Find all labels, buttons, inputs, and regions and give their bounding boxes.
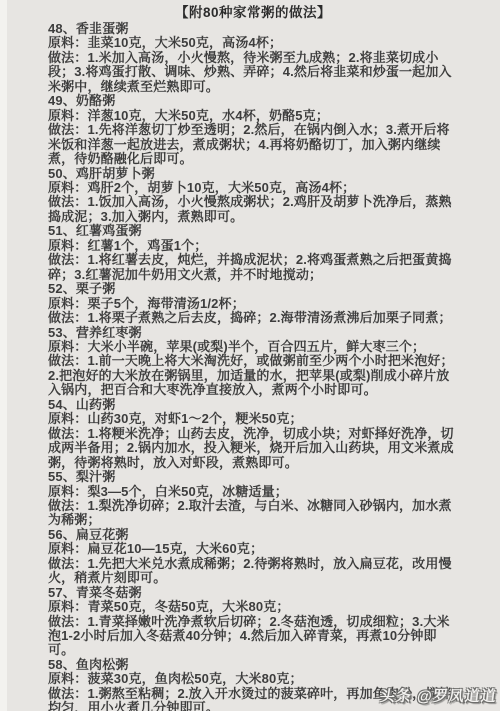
recipe-method: 做法：1.将红薯去皮，炖烂，并捣成泥状；2.将鸡蛋煮熟之后把蛋黄捣碎；3.红薯泥… <box>48 253 458 282</box>
recipe-method: 做法：1.米加入高汤，小火慢熬，待米粥至九成熟；2.将韭菜切成小段；3.将鸡蛋打… <box>48 51 458 94</box>
recipe-name: 55、梨汁粥 <box>48 470 458 484</box>
recipe-method: 做法：1.梨洗净切碎；2.取汁去渣，与白米、冰糖同入砂锅内，加水煮为稀粥； <box>48 499 458 528</box>
recipe-item-51: 51、红薯鸡蛋粥 原料：红薯1个，鸡蛋1个； 做法：1.将红薯去皮，炖烂，并捣成… <box>48 224 458 282</box>
recipe-item-49: 49、奶酪粥 原料：洋葱10克，大米50克，水4杯，奶酪5克； 做法：1.先将洋… <box>48 94 458 166</box>
recipe-item-56: 56、扁豆花粥 原料：扁豆花10—15克，大米60克； 做法：1.先把大米兑水煮… <box>48 528 458 586</box>
recipe-method: 做法：1.将粳米洗净；山药去皮，洗净，切成小块；对虾择好洗净，切成两半备用；2.… <box>48 427 458 470</box>
recipe-item-54: 54、山药粥 原料：山药30克，对虾1～2个，粳米50克； 做法：1.将粳米洗净… <box>48 398 458 470</box>
recipe-name: 49、奶酪粥 <box>48 94 458 108</box>
recipe-name: 58、鱼肉松粥 <box>48 658 458 672</box>
recipe-ingredients: 原料：扁豆花10—15克，大米60克； <box>48 542 458 556</box>
recipe-method: 做法：1.先把大米兑水煮成稀粥；2.待粥将熟时，放入扁豆花，改用慢火，稍煮片刻即… <box>48 557 458 586</box>
page-title: 【附80种家常粥的做法】 <box>48 5 458 21</box>
recipe-name: 50、鸡肝胡萝卜粥 <box>48 167 458 181</box>
recipe-item-55: 55、梨汁粥 原料：梨3—5个，白米50克，冰糖适量； 做法：1.梨洗净切碎；2… <box>48 470 458 528</box>
recipe-ingredients: 原料：红薯1个，鸡蛋1个； <box>48 239 458 253</box>
recipe-name: 52、栗子粥 <box>48 282 458 296</box>
recipe-name: 48、香韭蛋粥 <box>48 22 458 36</box>
recipe-method: 做法：1.将栗子煮熟之后去皮，捣碎；2.海带清汤煮沸后加栗子同煮； <box>48 311 458 325</box>
recipe-method: 做法：1.前一天晚上将大米淘洗好，或做粥前至少两个小时把米泡好；2.把泡好的大米… <box>48 354 458 397</box>
recipe-item-53: 53、营养红枣粥 原料：大米小半碗，苹果(或梨)半个，百合四五片，鲜大枣三个； … <box>48 326 458 398</box>
recipe-ingredients: 原料：栗子5个，海带清汤1/2杯； <box>48 297 458 311</box>
recipe-item-48: 48、香韭蛋粥 原料：韭菜10克，大米50克，高汤4杯； 做法：1.米加入高汤，… <box>48 22 458 94</box>
recipe-item-52: 52、栗子粥 原料：栗子5个，海带清汤1/2杯； 做法：1.将栗子煮熟之后去皮，… <box>48 282 458 325</box>
recipe-ingredients: 原料：大米小半碗，苹果(或梨)半个，百合四五片，鲜大枣三个； <box>48 340 458 354</box>
recipe-method: 做法：1.青菜择嫩叶洗净煮软后切碎；2.冬菇泡透，切成细粒；3.大米泡1-2小时… <box>48 615 458 658</box>
recipe-ingredients: 原料：洋葱10克，大米50克，水4杯，奶酪5克； <box>48 109 458 123</box>
recipe-name: 57、青菜冬菇粥 <box>48 586 458 600</box>
toutiao-watermark: 头条 @罗凤道道 <box>379 685 498 706</box>
recipe-item-50: 50、鸡肝胡萝卜粥 原料：鸡肝2个，胡萝卜10克，大米50克，高汤4杯； 做法：… <box>48 167 458 225</box>
recipe-method: 做法：1.先将洋葱切丁炒至透明；2.然后，在锅内倒入水；3.煮开后将米饭和洋葱一… <box>48 123 458 166</box>
recipe-ingredients: 原料：山药30克，对虾1～2个，粳米50克； <box>48 412 458 426</box>
recipe-method: 做法：1.饭加入高汤，小火慢熬成粥状；2.鸡肝及胡萝卜洗净后，蒸熟捣成泥；3.加… <box>48 195 458 224</box>
recipe-ingredients: 原料：青菜50克，冬菇50克，大米80克； <box>48 600 458 614</box>
recipe-ingredients: 原料：韭菜10克，大米50克，高汤4杯； <box>48 36 458 50</box>
recipe-item-57: 57、青菜冬菇粥 原料：青菜50克，冬菇50克，大米80克； 做法：1.青菜择嫩… <box>48 586 458 658</box>
recipe-name: 54、山药粥 <box>48 398 458 412</box>
recipe-name: 53、营养红枣粥 <box>48 326 458 340</box>
recipe-ingredients: 原料：鸡肝2个，胡萝卜10克，大米50克，高汤4杯； <box>48 181 458 195</box>
recipe-name: 56、扁豆花粥 <box>48 528 458 542</box>
recipe-name: 51、红薯鸡蛋粥 <box>48 224 458 238</box>
recipe-ingredients: 原料：梨3—5个，白米50克，冰糖适量； <box>48 485 458 499</box>
recipe-document-page: 【附80种家常粥的做法】 48、香韭蛋粥 原料：韭菜10克，大米50克，高汤4杯… <box>0 0 500 711</box>
